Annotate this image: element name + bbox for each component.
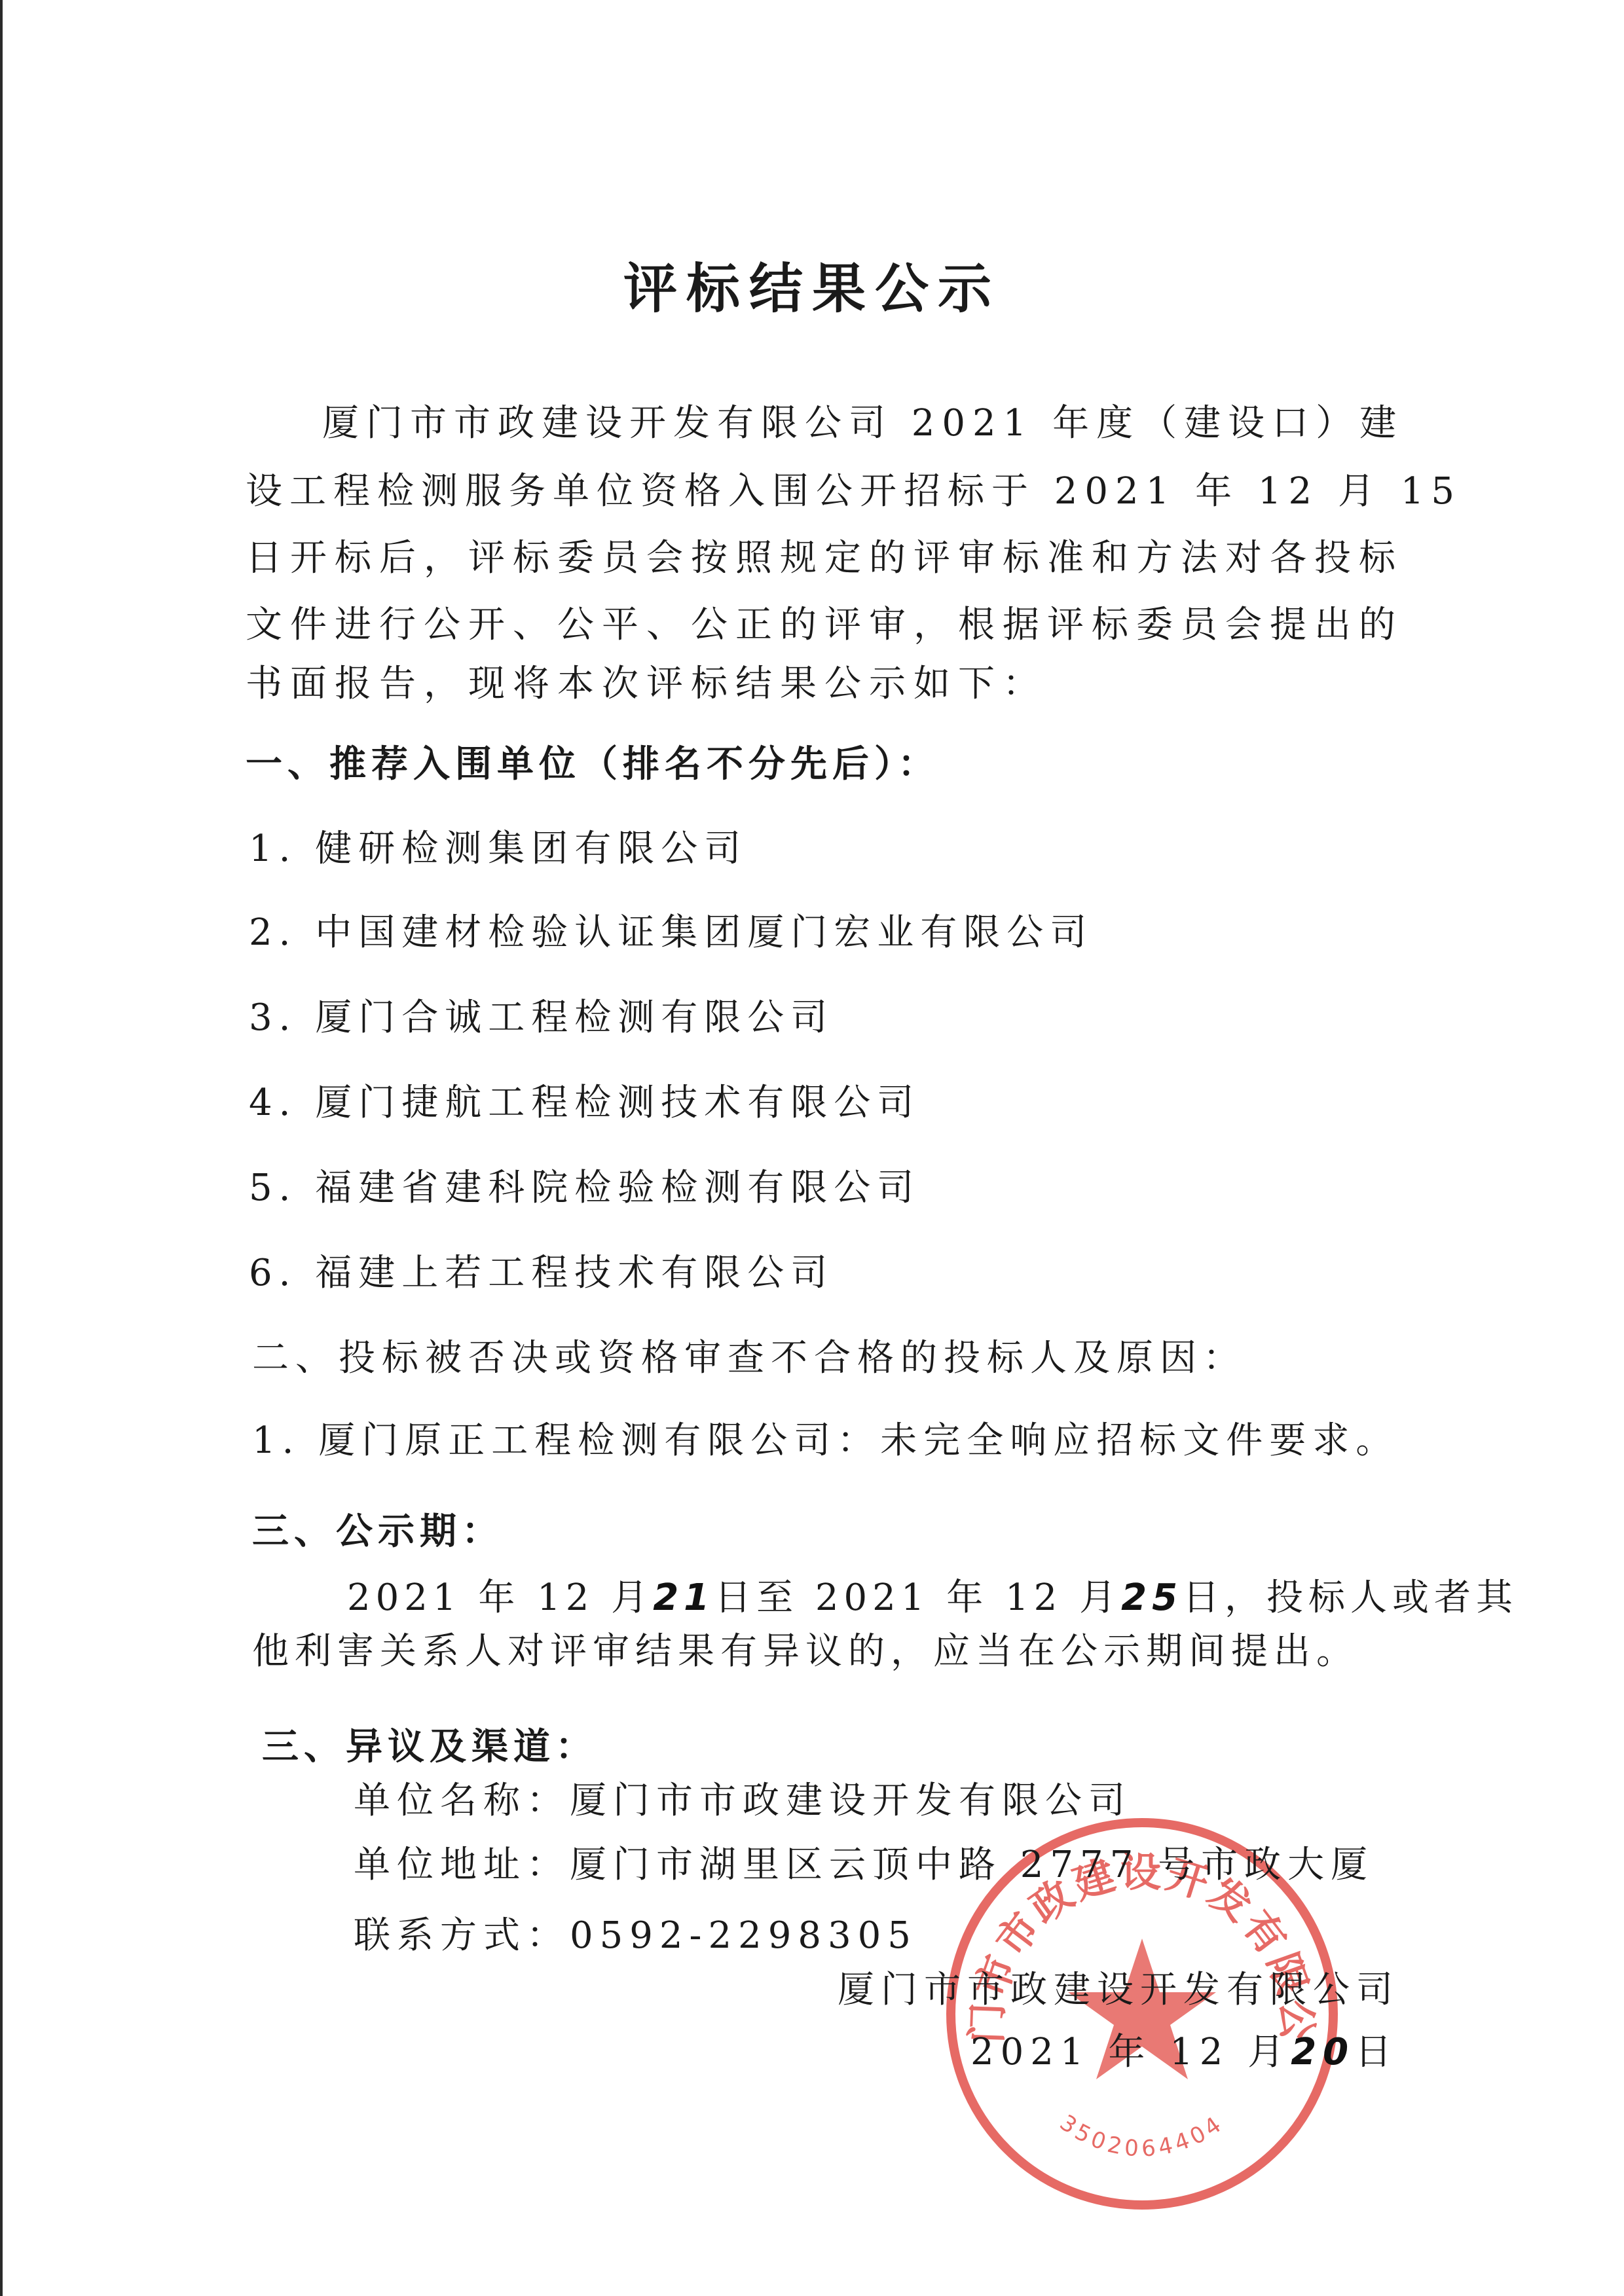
contact-phone-value: 0592-2298305: [570, 1914, 917, 1957]
intro-line-1: 厦门市市政建设开发有限公司 2021 年度（建设口）建: [322, 401, 1403, 446]
intro-line-4: 文件进行公开、公平、公正的评审，根据评标委员会提出的: [246, 602, 1403, 648]
section2-heading: 二、投标被否决或资格审查不合格的投标人及原因：: [252, 1336, 1246, 1381]
section1-heading: 一、推荐入围单位（排名不分先后）：: [246, 742, 940, 788]
signature-company: 厦门市市政建设开发有限公司: [838, 1967, 1399, 2013]
contact-company-label: 单位名称：: [354, 1779, 570, 1822]
period-start-day-handwritten: 21: [653, 1576, 714, 1619]
period-suffix: 日，投标人或者其: [1183, 1576, 1518, 1619]
intro-line-2: 设工程检测服务单位资格入围公开招标于 2021 年 12 月 15: [246, 469, 1462, 515]
rejected-item-1: 1. 厦门原正工程检测有限公司：未完全响应招标文件要求。: [252, 1418, 1399, 1464]
recommended-item-1: 1. 健研检测集团有限公司: [249, 826, 747, 872]
page-title: 评标结果公示: [0, 257, 1624, 322]
svg-text:3502064404: 3502064404: [1055, 2109, 1229, 2162]
contact-address-value: 厦门市湖里区云顶中路 2777 号市政大厦: [570, 1844, 1374, 1886]
section4-heading: 三、异议及渠道：: [262, 1724, 597, 1770]
signature-date-prefix: 2021 年 12 月: [970, 2031, 1291, 2073]
contact-phone-row: 联系方式：0592-2298305: [354, 1913, 917, 1959]
recommended-item-5: 5. 福建省建科院检验检测有限公司: [249, 1165, 920, 1211]
signature-date: 2021 年 12 月20日: [970, 2030, 1398, 2075]
recommended-item-4: 4. 厦门捷航工程检测技术有限公司: [249, 1080, 920, 1126]
contact-company-value: 厦门市市政建设开发有限公司: [570, 1779, 1132, 1822]
period-middle: 日至 2021 年 12 月: [714, 1576, 1121, 1619]
intro-line-3: 日开标后，评标委员会按照规定的评审标准和方法对各投标: [246, 536, 1403, 581]
period-end-day-handwritten: 25: [1121, 1576, 1183, 1619]
section3-heading: 三、公示期：: [252, 1509, 504, 1555]
contact-company-row: 单位名称：厦门市市政建设开发有限公司: [354, 1778, 1132, 1824]
publicity-period-line-2: 他利害关系人对评审结果有异议的，应当在公示期间提出。: [252, 1629, 1359, 1675]
contact-phone-label: 联系方式：: [354, 1914, 570, 1957]
recommended-item-3: 3. 厦门合诚工程检测有限公司: [249, 995, 834, 1041]
page-edge: [0, 0, 3, 2296]
recommended-item-6: 6. 福建上若工程技术有限公司: [249, 1250, 834, 1296]
contact-address-row: 单位地址：厦门市湖里区云顶中路 2777 号市政大厦: [354, 1842, 1374, 1888]
period-start-prefix: 2021 年 12 月: [347, 1576, 653, 1619]
contact-address-label: 单位地址：: [354, 1844, 570, 1886]
publicity-period-line-1: 2021 年 12 月21日至 2021 年 12 月25日，投标人或者其: [347, 1575, 1518, 1621]
signature-date-suffix: 日: [1355, 2031, 1398, 2073]
intro-line-5: 书面报告，现将本次评标结果公示如下：: [246, 661, 1047, 707]
recommended-item-2: 2. 中国建材检验认证集团厦门宏业有限公司: [249, 910, 1093, 956]
signature-day-handwritten: 20: [1291, 2031, 1355, 2073]
